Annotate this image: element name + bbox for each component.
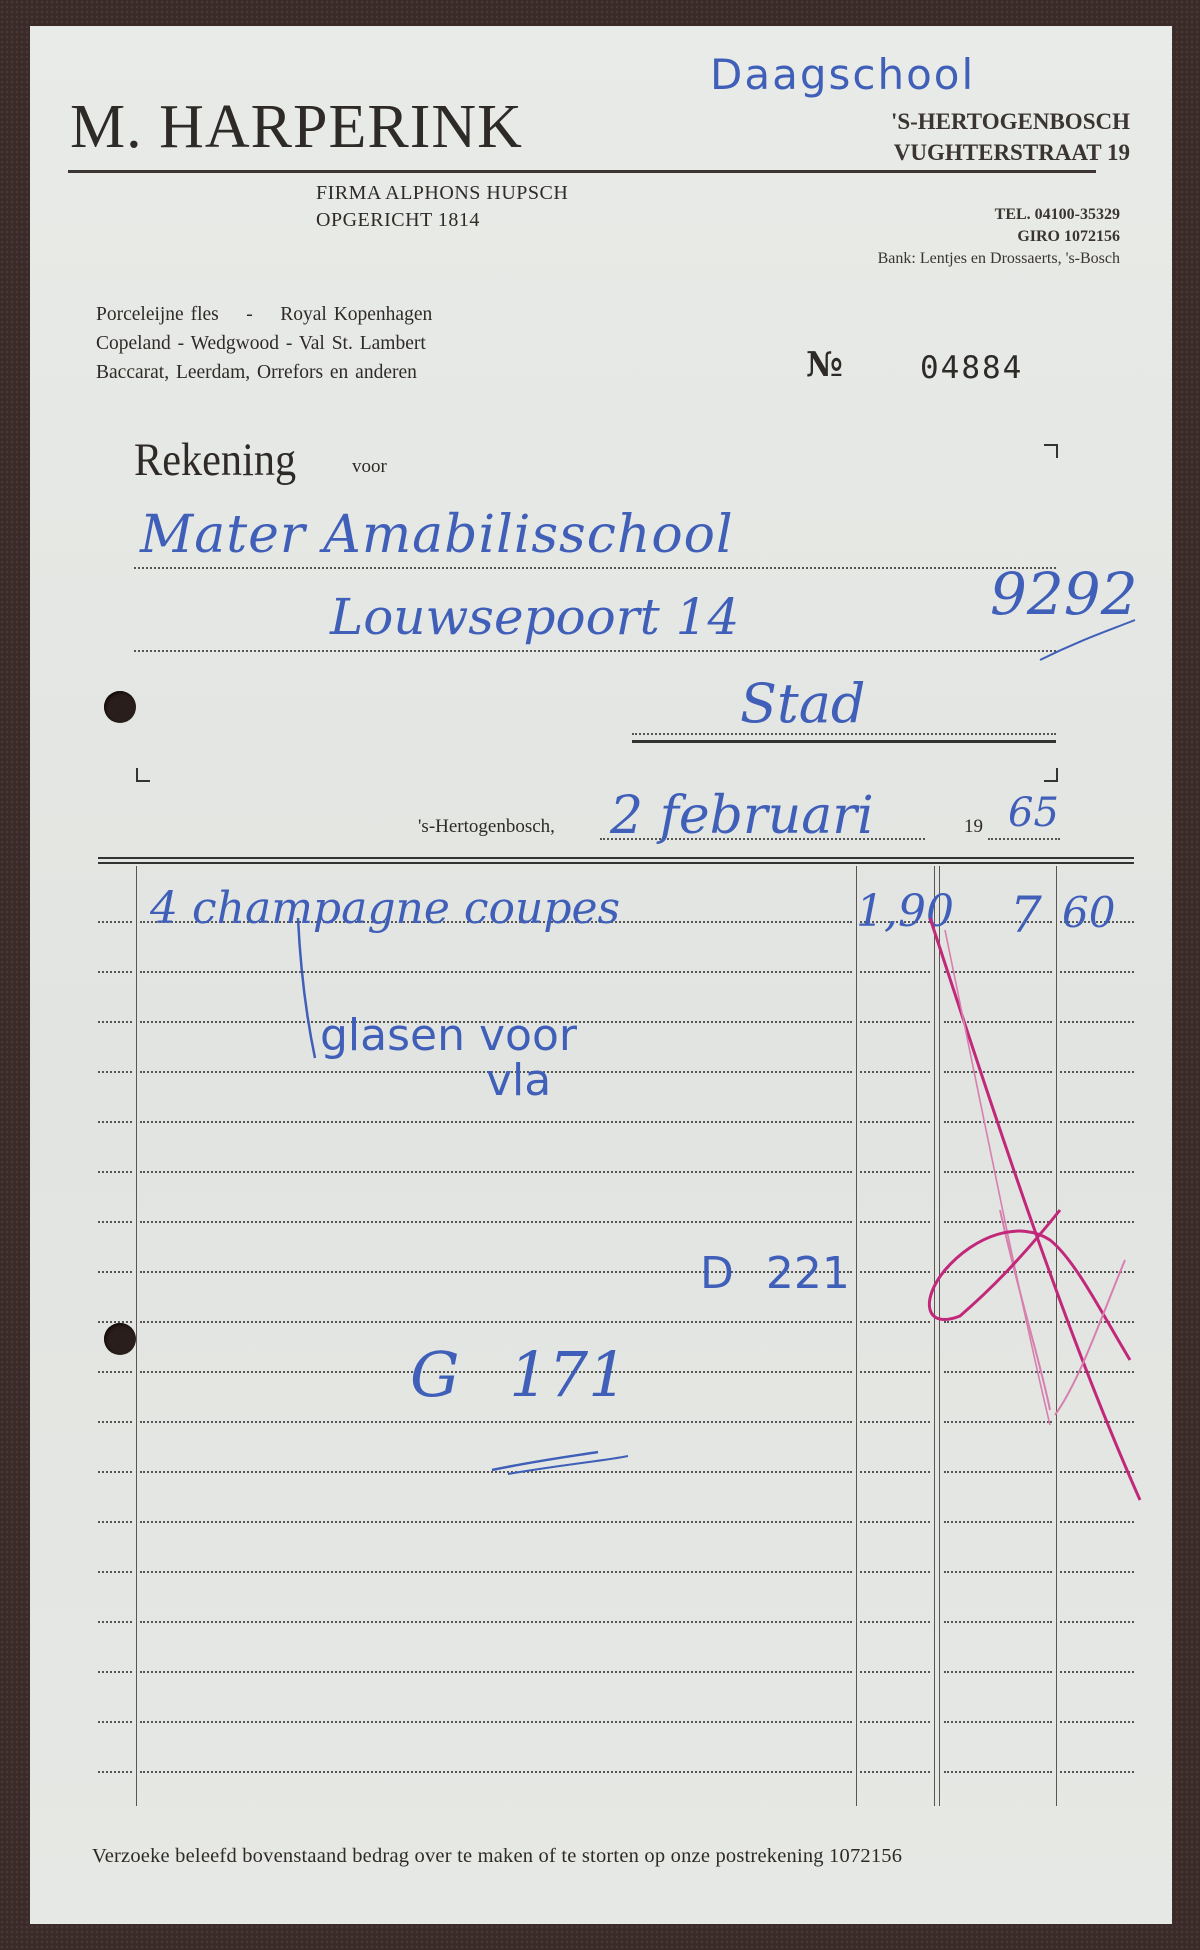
payment-instruction: Verzoeke beleefd bovenstaand bedrag over… <box>92 1845 902 1868</box>
pen-strokes <box>0 0 1200 1950</box>
